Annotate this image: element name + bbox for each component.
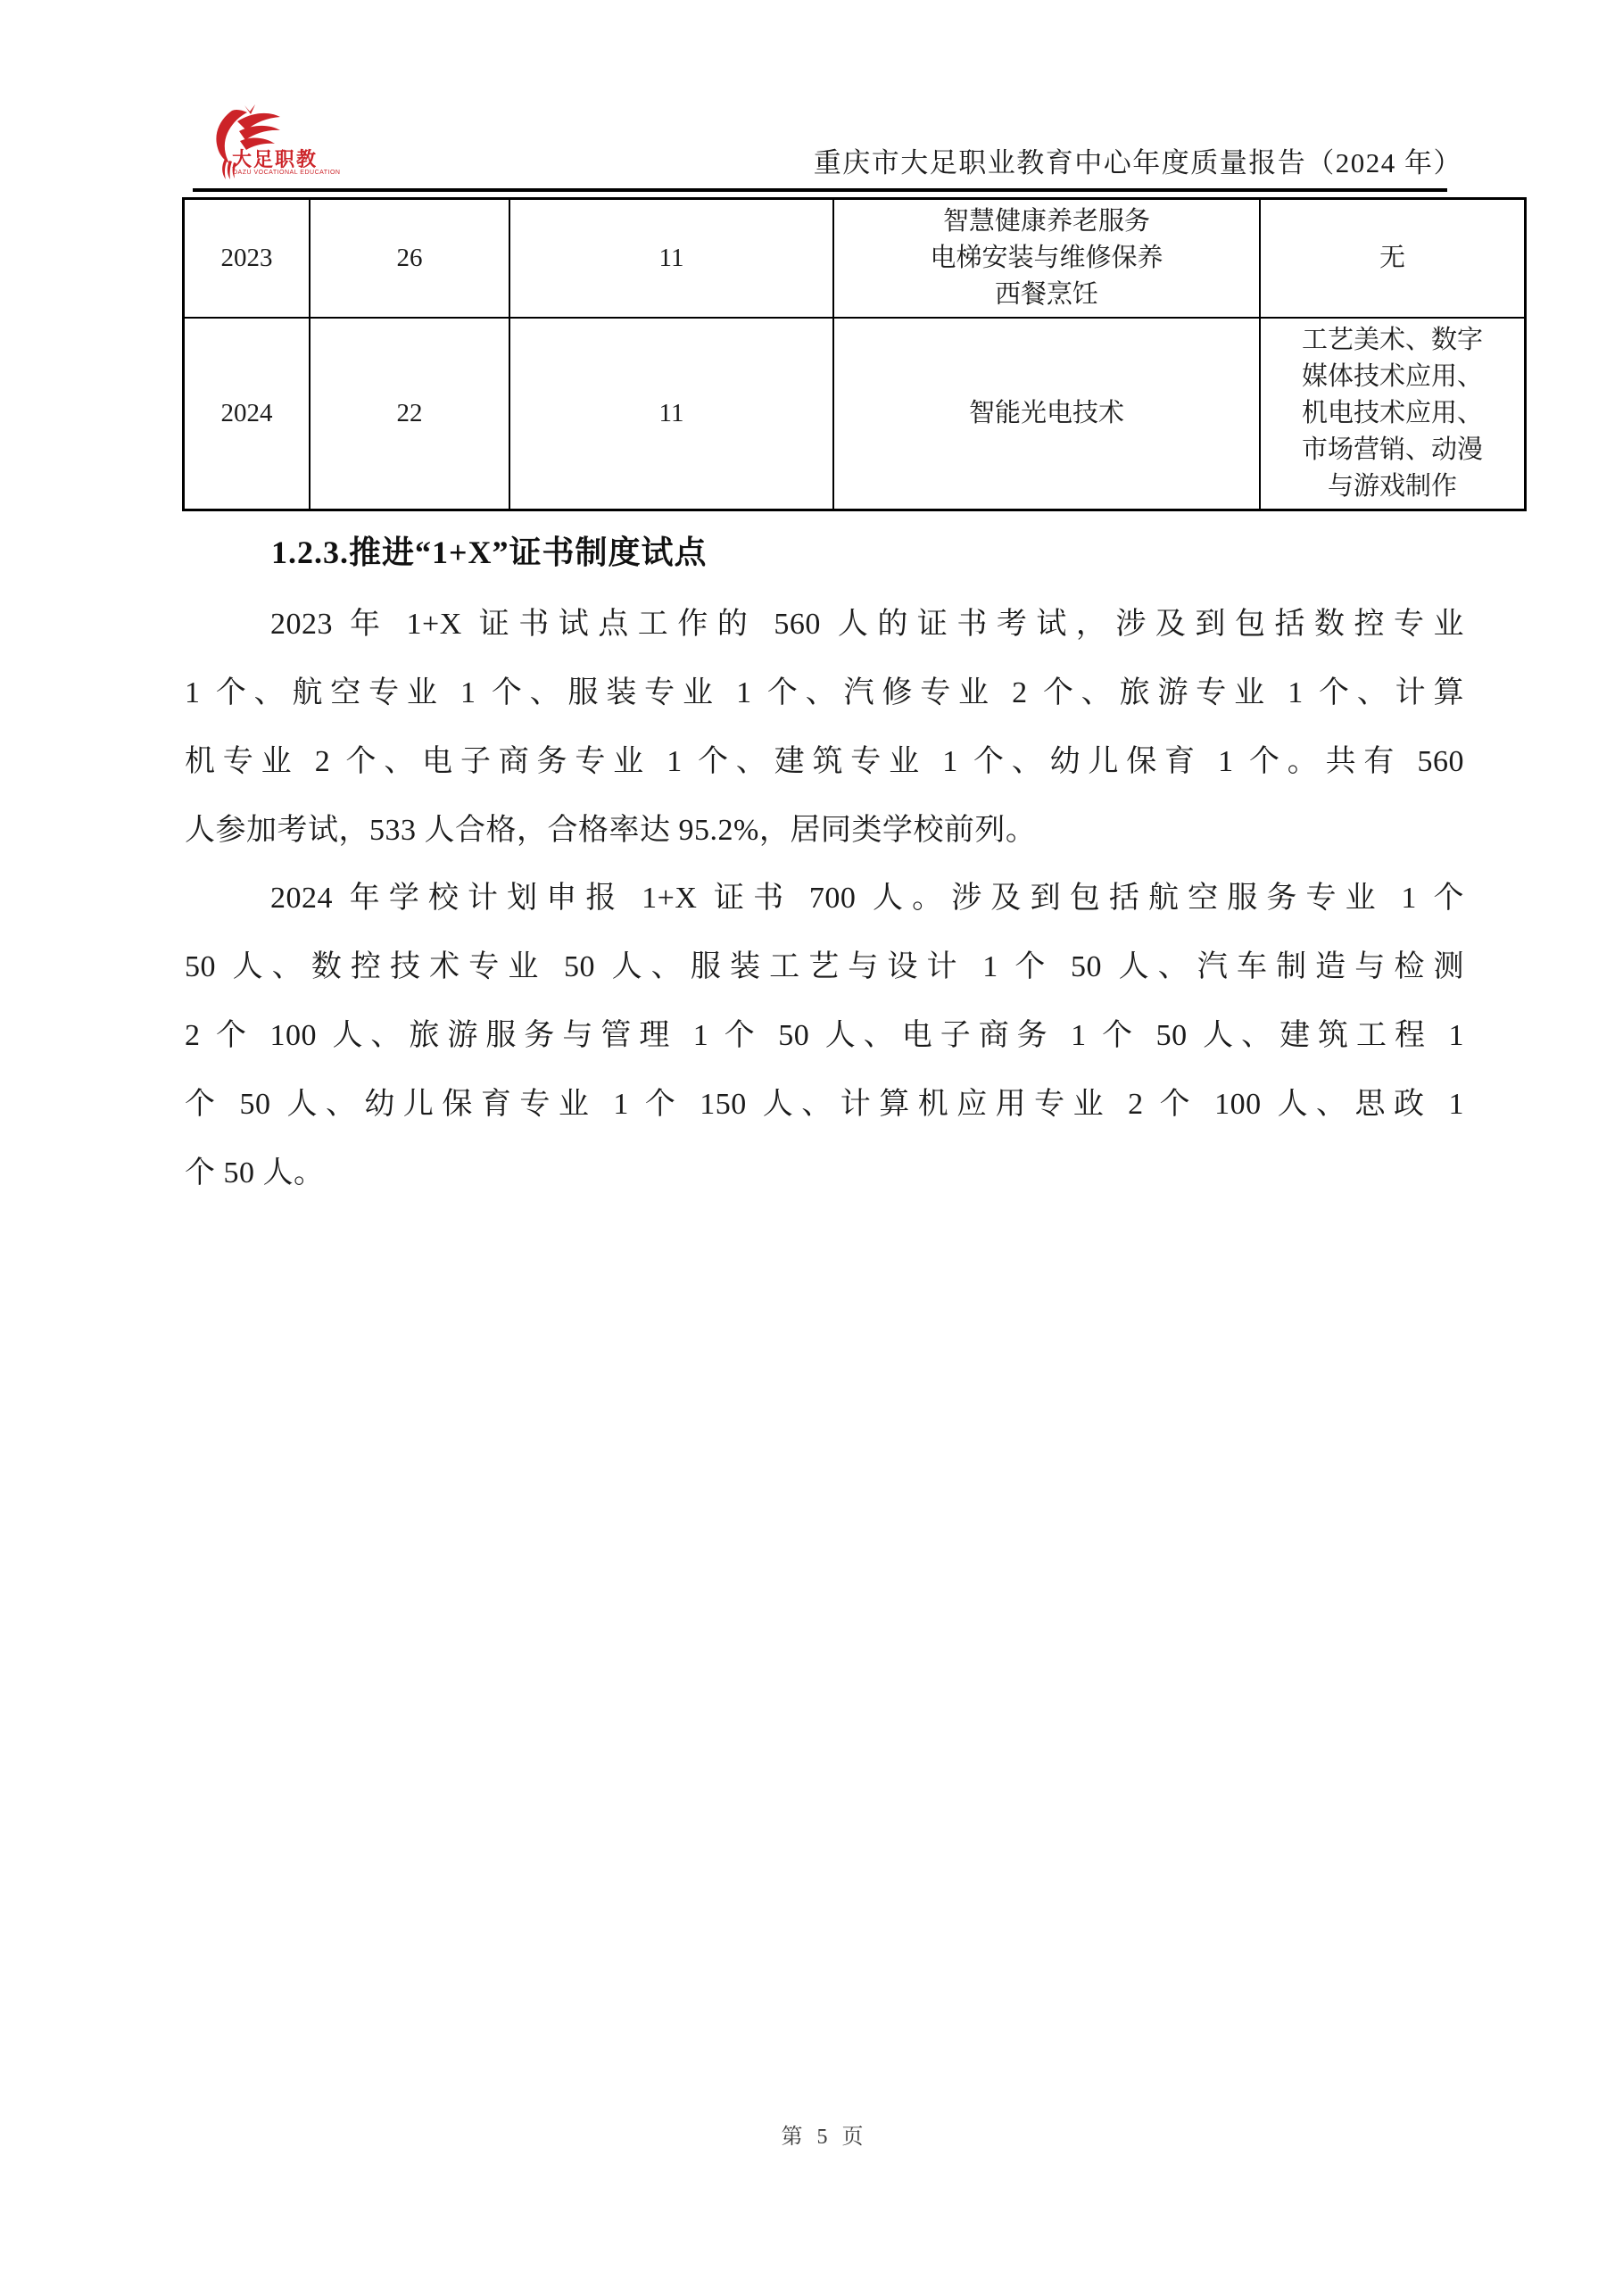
paragraph-line: 50 人、数控技术专业 50 人、服装工艺与设计 1 个 50 人、汽车制造与检… bbox=[185, 932, 1464, 1001]
paragraph-line: 1 个、航空专业 1 个、服装专业 1 个、汽修专业 2 个、旅游专业 1 个、… bbox=[185, 659, 1464, 727]
cell-count-1: 22 bbox=[310, 318, 509, 510]
paragraph-line: 2024 年学校计划申报 1+X 证书 700 人。涉及到包括航空服务专业 1 … bbox=[185, 864, 1464, 932]
cell-majors-added: 智慧健康养老服务 电梯安装与维修保养 西餐烹饪 bbox=[833, 199, 1260, 319]
table-row: 2023 26 11 智慧健康养老服务 电梯安装与维修保养 西餐烹饪 无 bbox=[184, 199, 1526, 319]
cell-year: 2024 bbox=[184, 318, 311, 510]
paragraph-line: 机专业 2 个、电子商务专业 1 个、建筑专业 1 个、幼儿保育 1 个。共有 … bbox=[185, 727, 1464, 796]
paragraph-line: 2023 年 1+X 证书试点工作的 560 人的证书考试，涉及到包括数控专业 bbox=[185, 590, 1464, 659]
cell-majors-removed: 工艺美术、数字 媒体技术应用、 机电技术应用、 市场营销、动漫 与游戏制作 bbox=[1260, 318, 1526, 510]
paragraph-line: 人参加考试，533 人合格，合格率达 95.2%，居同类学校前列。 bbox=[185, 796, 1464, 865]
section-heading-1-2-3: 1.2.3.推进“1+X”证书制度试点 bbox=[271, 527, 708, 573]
table-row: 2024 22 11 智能光电技术 工艺美术、数字 媒体技术应用、 机电技术应用… bbox=[184, 318, 1526, 510]
paragraph-line: 2 个 100 人、旅游服务与管理 1 个 50 人、电子商务 1 个 50 人… bbox=[185, 1001, 1464, 1070]
paragraph-line: 个 50 人。 bbox=[185, 1139, 1464, 1207]
cell-count-2: 11 bbox=[509, 199, 833, 319]
cell-majors-removed: 无 bbox=[1260, 199, 1526, 319]
page-number: 第 5 页 bbox=[185, 2118, 1464, 2150]
paragraph-2024-certificates: 2024 年学校计划申报 1+X 证书 700 人。涉及到包括航空服务专业 1 … bbox=[185, 864, 1464, 1207]
header-divider bbox=[193, 188, 1447, 192]
document-page: 大足职教 DAZU VOCATIONAL EDUCATION 重庆市大足职业教育… bbox=[0, 0, 1623, 2296]
report-header-title: 重庆市大足职业教育中心年度质量报告（2024 年） bbox=[814, 140, 1462, 180]
cell-year: 2023 bbox=[184, 199, 311, 319]
paragraph-2023-certificates: 2023 年 1+X 证书试点工作的 560 人的证书考试，涉及到包括数控专业 … bbox=[185, 590, 1464, 865]
cell-count-1: 26 bbox=[310, 199, 509, 319]
cell-count-2: 11 bbox=[509, 318, 833, 510]
cell-majors-added: 智能光电技术 bbox=[833, 318, 1260, 510]
school-logo: 大足职教 DAZU VOCATIONAL EDUCATION bbox=[198, 104, 314, 182]
paragraph-line: 个 50 人、幼儿保育专业 1 个 150 人、计算机应用专业 2 个 100 … bbox=[185, 1070, 1464, 1139]
logo-name-text: 大足职教 bbox=[232, 145, 318, 172]
logo-subtitle-text: DAZU VOCATIONAL EDUCATION bbox=[233, 170, 341, 176]
certification-majors-table: 2023 26 11 智慧健康养老服务 电梯安装与维修保养 西餐烹饪 无 202… bbox=[182, 197, 1527, 511]
